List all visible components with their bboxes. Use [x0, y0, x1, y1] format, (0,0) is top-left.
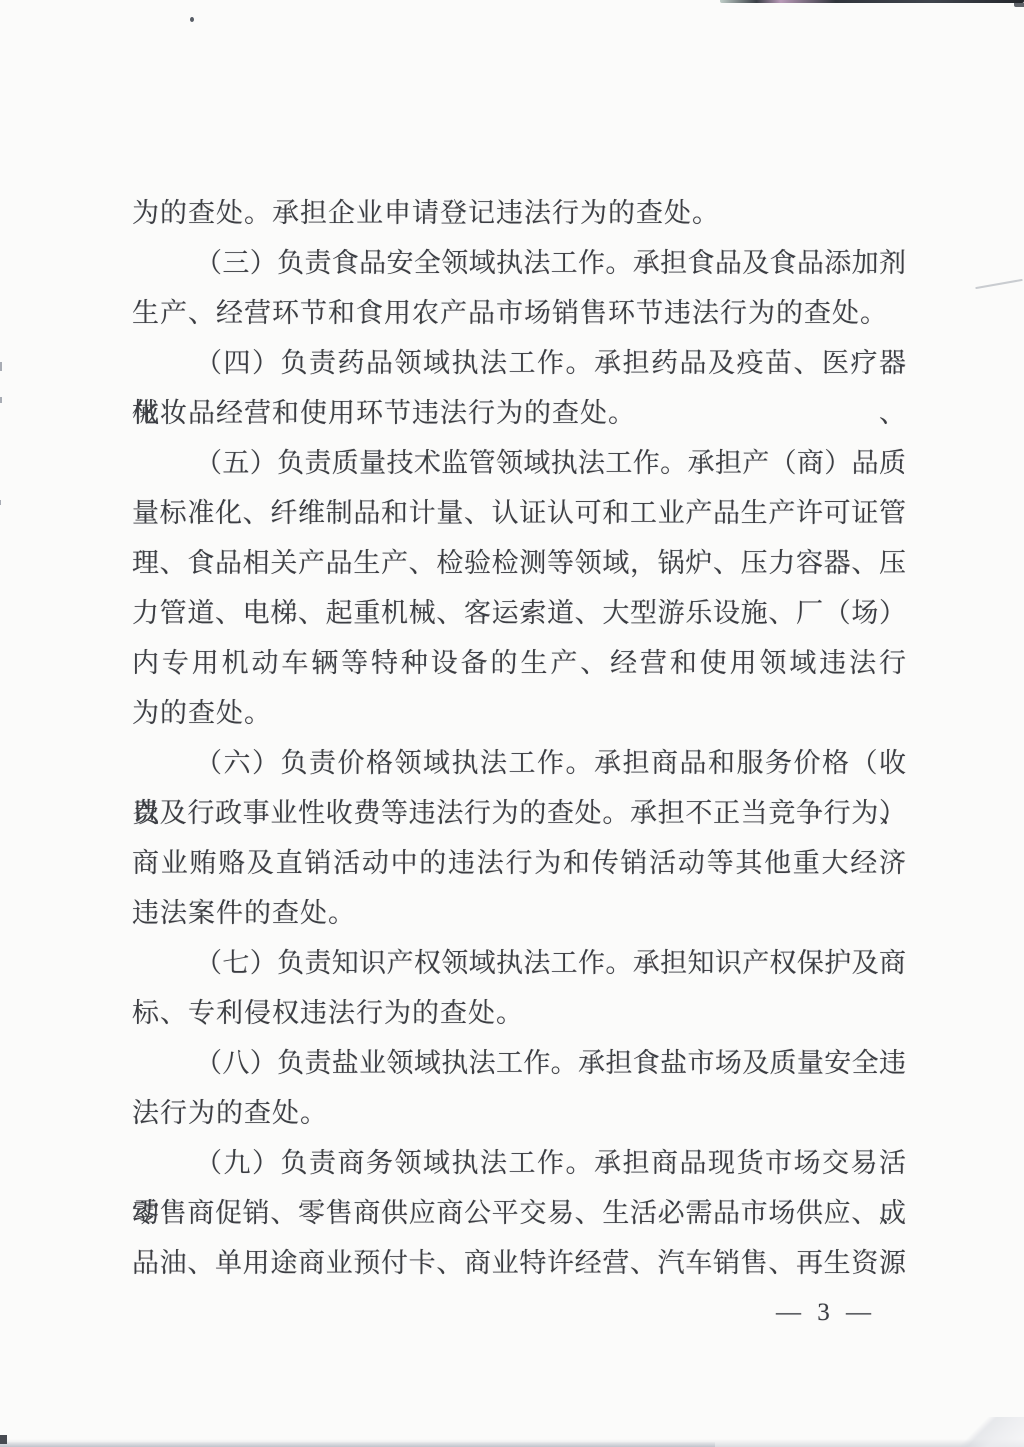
text-line: 生产、经营环节和食用农产品市场销售环节违法行为的查处。: [132, 288, 906, 338]
text-line: 为的查处。: [132, 688, 906, 738]
text-line: （三）负责食品安全领域执法工作。承担食品及食品添加剂: [132, 238, 906, 288]
text-line: （七）负责知识产权领域执法工作。承担知识产权保护及商: [132, 938, 906, 988]
page-number: — 3 —: [776, 1296, 876, 1330]
text-line: 内专用机动车辆等特种设备的生产、经营和使用领域违法行: [132, 638, 906, 688]
faint-pencil-smudge: [975, 279, 1023, 289]
bottom-right-scan-smudge: [940, 1417, 1024, 1447]
text-line: 理、食品相关产品生产、检验检测等领域，锅炉、压力容器、压: [132, 538, 906, 588]
text-line: 量标准化、纤维制品和计量、认证认可和工业产品生产许可证管: [132, 488, 906, 538]
text-line: 零售商促销、零售商供应商公平交易、生活必需品市场供应、成: [132, 1188, 906, 1238]
text-line: 法行为的查处。: [132, 1088, 906, 1138]
text-line: 以及行政事业性收费等违法行为的查处。承担不正当竞争行为、: [132, 788, 906, 838]
text-line: 商业贿赂及直销活动中的违法行为和传销活动等其他重大经济: [132, 838, 906, 888]
left-edge-scan-mark: [0, 500, 1, 505]
left-edge-scan-mark: [0, 362, 2, 371]
scanned-document-page: 为的查处。承担企业申请登记违法行为的查处。（三）负责食品安全领域执法工作。承担食…: [0, 0, 1024, 1447]
text-line: 力管道、电梯、起重机械、客运索道、大型游乐设施、厂（场）: [132, 588, 906, 638]
text-line: （四）负责药品领域执法工作。承担药品及疫苗、医疗器械、: [132, 338, 906, 388]
top-edge-scan-line: [720, 0, 1024, 3]
scan-speck-dot: [190, 17, 194, 22]
document-lines: 为的查处。承担企业申请登记违法行为的查处。（三）负责食品安全领域执法工作。承担食…: [132, 188, 906, 1288]
text-line: （六）负责价格领域执法工作。承担商品和服务价格（收费）: [132, 738, 906, 788]
text-line: （九）负责商务领域执法工作。承担商品现货市场交易活动、: [132, 1138, 906, 1188]
text-line: 品油、单用途商业预付卡、商业特许经营、汽车销售、再生资源: [132, 1238, 906, 1288]
text-line: （八）负责盐业领域执法工作。承担食盐市场及质量安全违: [132, 1038, 906, 1088]
text-line: 标、专利侵权违法行为的查处。: [132, 988, 906, 1038]
bottom-scan-strip-left: [0, 1442, 715, 1447]
text-line: 违法案件的查处。: [132, 888, 906, 938]
text-line: 为的查处。承担企业申请登记违法行为的查处。: [132, 188, 906, 238]
text-line: （五）负责质量技术监管领域执法工作。承担产（商）品质: [132, 438, 906, 488]
top-right-scan-mark: [1014, 3, 1024, 7]
left-edge-scan-mark: [0, 397, 2, 403]
bottom-left-scan-mark: [0, 1435, 7, 1444]
